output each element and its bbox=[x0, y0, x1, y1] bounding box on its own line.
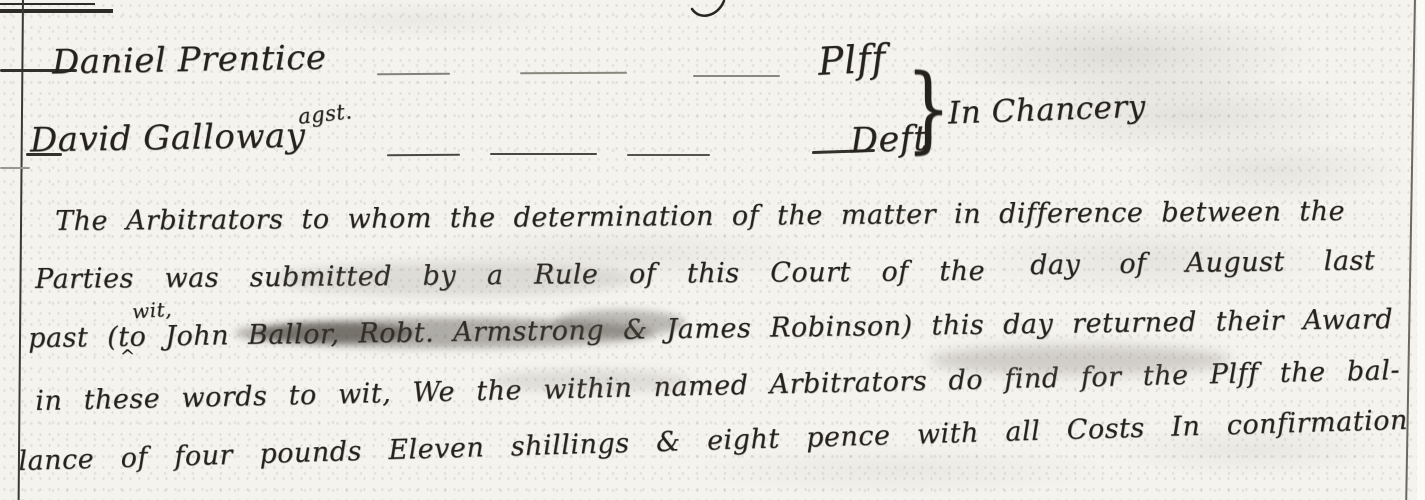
left-margin-rule bbox=[18, 0, 24, 500]
manuscript-page: Daniel Prentice Plff agst. David Gallowa… bbox=[0, 0, 1425, 500]
body-line-2-before-blank: Parties was submitted by a Rule of this … bbox=[35, 256, 985, 297]
faint-margin-dash bbox=[0, 167, 30, 169]
plaintiff-name: Daniel Prentice bbox=[52, 38, 327, 83]
top-ruled-line-2 bbox=[0, 9, 113, 13]
stray-ink-stroke bbox=[690, 0, 726, 22]
dash-filler bbox=[693, 75, 780, 77]
body-line-2-after-blank: day of August last bbox=[1030, 245, 1375, 282]
body-line-3: past (to John Ballor, Robt. Armstrong & … bbox=[28, 304, 1393, 355]
dash-filler bbox=[520, 72, 627, 75]
dash-filler bbox=[490, 153, 597, 155]
dash-filler bbox=[387, 154, 460, 157]
interlined-insertion: wit, bbox=[131, 297, 172, 324]
insertion-caret: ^ bbox=[120, 346, 136, 367]
court-name: In Chancery bbox=[947, 89, 1146, 132]
versus-abbr: agst. bbox=[297, 99, 354, 129]
top-ruled-line bbox=[0, 3, 95, 5]
body-line-4: in these words to wit, We the within nam… bbox=[35, 355, 1400, 418]
plaintiff-abbr: Plff bbox=[817, 36, 887, 83]
curly-brace: } bbox=[906, 56, 951, 164]
body-line-5: lance of four pounds Eleven shillings & … bbox=[18, 405, 1408, 479]
defendant-name: David Galloway bbox=[30, 116, 306, 161]
body-line-1: The Arbitrators to whom the determinatio… bbox=[55, 196, 1345, 239]
right-edge-light-strip bbox=[1417, 0, 1425, 500]
dash-filler bbox=[377, 73, 450, 76]
dash-filler bbox=[627, 154, 710, 156]
